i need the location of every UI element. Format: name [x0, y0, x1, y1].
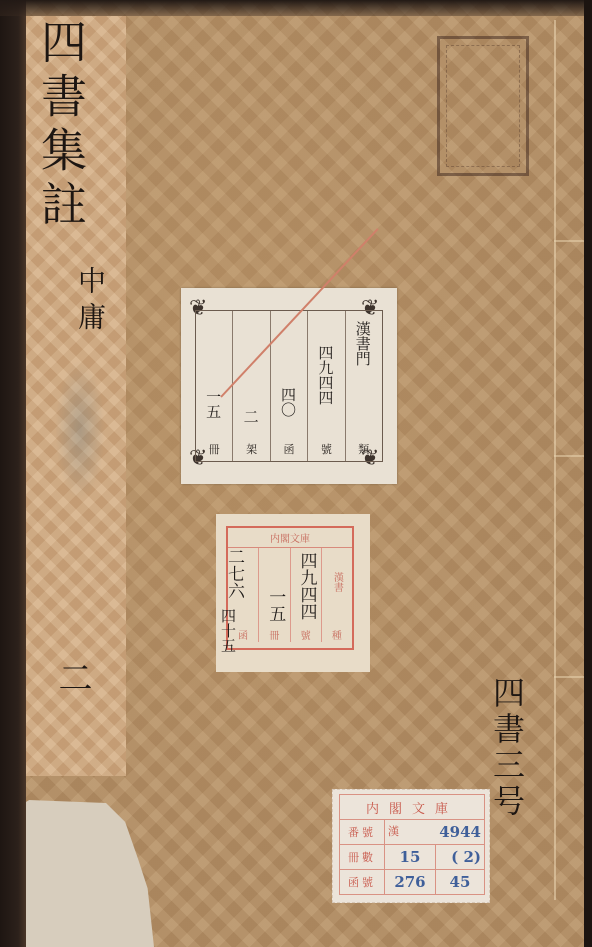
row-key: 函號 [340, 870, 385, 895]
number-header: 號 [301, 627, 311, 642]
category-header: 類 [358, 441, 369, 461]
column-volumes: 一五 冊 [196, 311, 232, 461]
row-value: 276 [385, 870, 436, 895]
red-label-title-text: 内閣文庫 [270, 530, 310, 545]
column-type: 漢書 種 [321, 548, 352, 642]
table-row: 冊數 15 ( 2) [340, 845, 485, 870]
ownership-seal-stamp [437, 36, 529, 176]
row-value-cell: 漢 4944 [385, 820, 485, 845]
book-spine-edge [0, 0, 26, 947]
binding-stitch [554, 240, 588, 242]
classification-label: ❦ ❦ ❦ ❦ 漢書門 類 四九四四 號 四〇 函 二 架 一五 冊 [181, 288, 397, 484]
case-header: 函 [283, 441, 294, 461]
binding-stitch [554, 676, 588, 678]
row-key: 冊數 [340, 845, 385, 870]
volumes-value: 一五 [263, 588, 288, 622]
classification-grid: 漢書門 類 四九四四 號 四〇 函 二 架 一五 冊 [195, 310, 383, 462]
handwritten-side-note: 四書三号 [484, 676, 530, 820]
shelf-header: 架 [246, 441, 257, 461]
book-right-edge [584, 0, 592, 947]
naikaku-bunko-stamped-label: 内閣文庫 番號 漢 4944 冊數 15 ( 2) 函號 276 45 [332, 789, 490, 903]
case-value: 四〇 [279, 387, 299, 417]
binding-stitch-line [554, 20, 556, 900]
naikaku-bunko-red-label: 内閣文庫 漢書 種 四九四四 號 一五 冊 二七六 函 四十五 [216, 514, 370, 672]
number-value: 四九四四 [295, 552, 320, 620]
column-case: 四〇 函 [270, 311, 307, 461]
type-header: 種 [332, 627, 342, 642]
row-value-2: ( 2) [435, 845, 484, 870]
column-number: 四九四四 號 [307, 311, 344, 461]
row-key: 番號 [340, 820, 385, 845]
binding-stitch [554, 455, 588, 457]
case-header: 函 [238, 627, 248, 642]
case-value: 二七六 [222, 548, 247, 599]
stain [55, 360, 105, 500]
table-row: 函號 276 45 [340, 870, 485, 895]
row-value: 15 [385, 845, 436, 870]
row-value-2: 45 [435, 870, 484, 895]
book-subtitle: 中庸 [70, 266, 110, 338]
number-header: 號 [321, 441, 332, 461]
column-number: 四九四四 號 [290, 548, 321, 642]
red-label-title: 内閣文庫 [228, 528, 352, 548]
column-shelf: 二 架 [232, 311, 269, 461]
red-label-grid: 漢書 種 四九四四 號 一五 冊 二七六 函 [228, 548, 352, 642]
volumes-header: 冊 [269, 627, 279, 642]
number-value: 四九四四 [316, 345, 336, 405]
table-row: 番號 漢 4944 [340, 820, 485, 845]
handwritten-extra: 四十五 [218, 608, 239, 653]
column-category: 漢書門 類 [345, 311, 382, 461]
shelf-value: 二 [242, 409, 262, 424]
type-printed: 漢書 [329, 572, 344, 592]
book-top-edge [0, 0, 592, 16]
row-prefix: 漢 [388, 825, 399, 838]
volume-mark: 二 [48, 660, 97, 694]
column-volumes: 一五 冊 [258, 548, 289, 642]
seal-inner-border [446, 45, 520, 167]
stamped-label-table: 内閣文庫 番號 漢 4944 冊數 15 ( 2) 函號 276 45 [339, 794, 485, 895]
torn-cover-patch [10, 800, 170, 947]
stamped-label-title: 内閣文庫 [340, 795, 485, 820]
volumes-header: 冊 [209, 441, 220, 461]
row-value: 4944 [439, 823, 481, 841]
category-value: 漢書門 [354, 321, 374, 366]
book-title: 四書集註 [38, 18, 84, 234]
red-label-frame: 内閣文庫 漢書 種 四九四四 號 一五 冊 二七六 函 [226, 526, 354, 650]
